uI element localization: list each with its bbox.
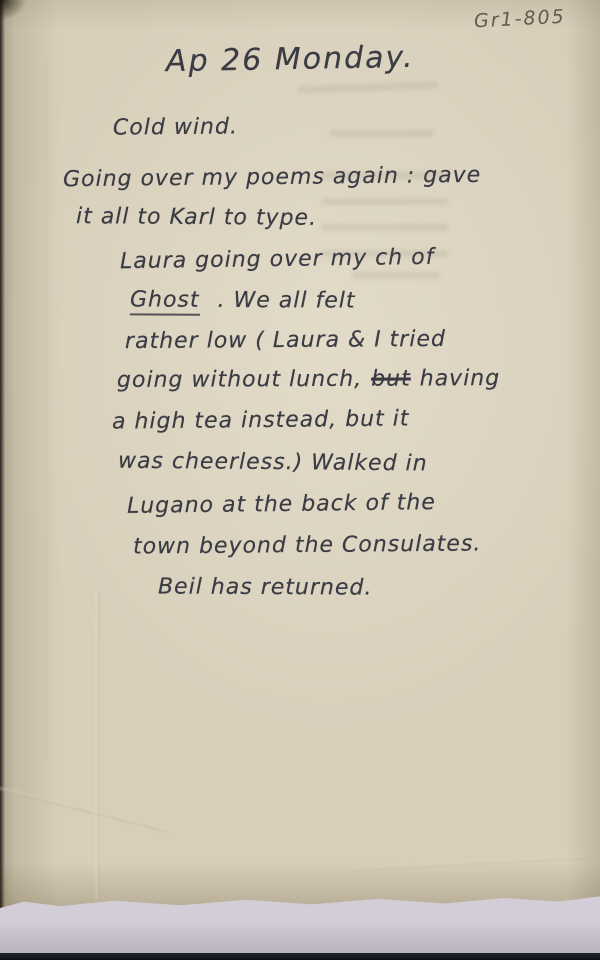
diary-line-2: Going over my poems again : gave [63,163,481,192]
ink-showthrough [352,272,440,298]
paper-crease [46,60,49,760]
diary-line-4: Laura going over my ch of [120,245,435,274]
diary-line-7-post: having [420,366,501,391]
diary-line-1: Cold wind. [113,114,238,140]
diary-line-3: it all to Karl to type. [76,204,317,231]
diary-line-9: was cheerless.) Walked in [118,449,428,477]
scanner-edge-strip [0,953,600,960]
manuscript-scan: Gr1-805 Ap 26 Monday. Cold wind. Going o… [0,0,600,960]
archive-number: Gr1-805 [474,6,567,33]
diary-line-8: a high tea instead, but it [112,406,410,434]
ink-showthrough [330,130,434,150]
diary-line-11: town beyond the Consulates. [133,531,482,559]
diary-line-12: Beil has returned. [158,574,372,600]
date-heading: Ap 26 Monday. [166,40,415,79]
page-gutter-shadow [0,0,5,908]
ink-showthrough [298,82,439,109]
diary-line-6: rather low ( Laura & I tried [125,327,446,354]
diary-line-10: Lugano at the back of the [127,490,436,519]
diary-page: Gr1-805 Ap 26 Monday. Cold wind. Going o… [0,0,600,908]
paper-crease [0,783,168,832]
diary-line-5-rest: . We all felt [217,288,355,314]
diary-line-7: going without lunch,buthaving [117,366,500,393]
paper-crease [350,856,590,872]
struck-word: but [371,366,411,391]
ghost-underlined-word: Ghost [130,287,200,315]
corner-smudge [0,0,26,20]
paper-crease [96,590,99,900]
diary-line-5: Ghost. We all felt [130,287,356,313]
diary-line-7-pre: going without lunch, [117,367,362,393]
